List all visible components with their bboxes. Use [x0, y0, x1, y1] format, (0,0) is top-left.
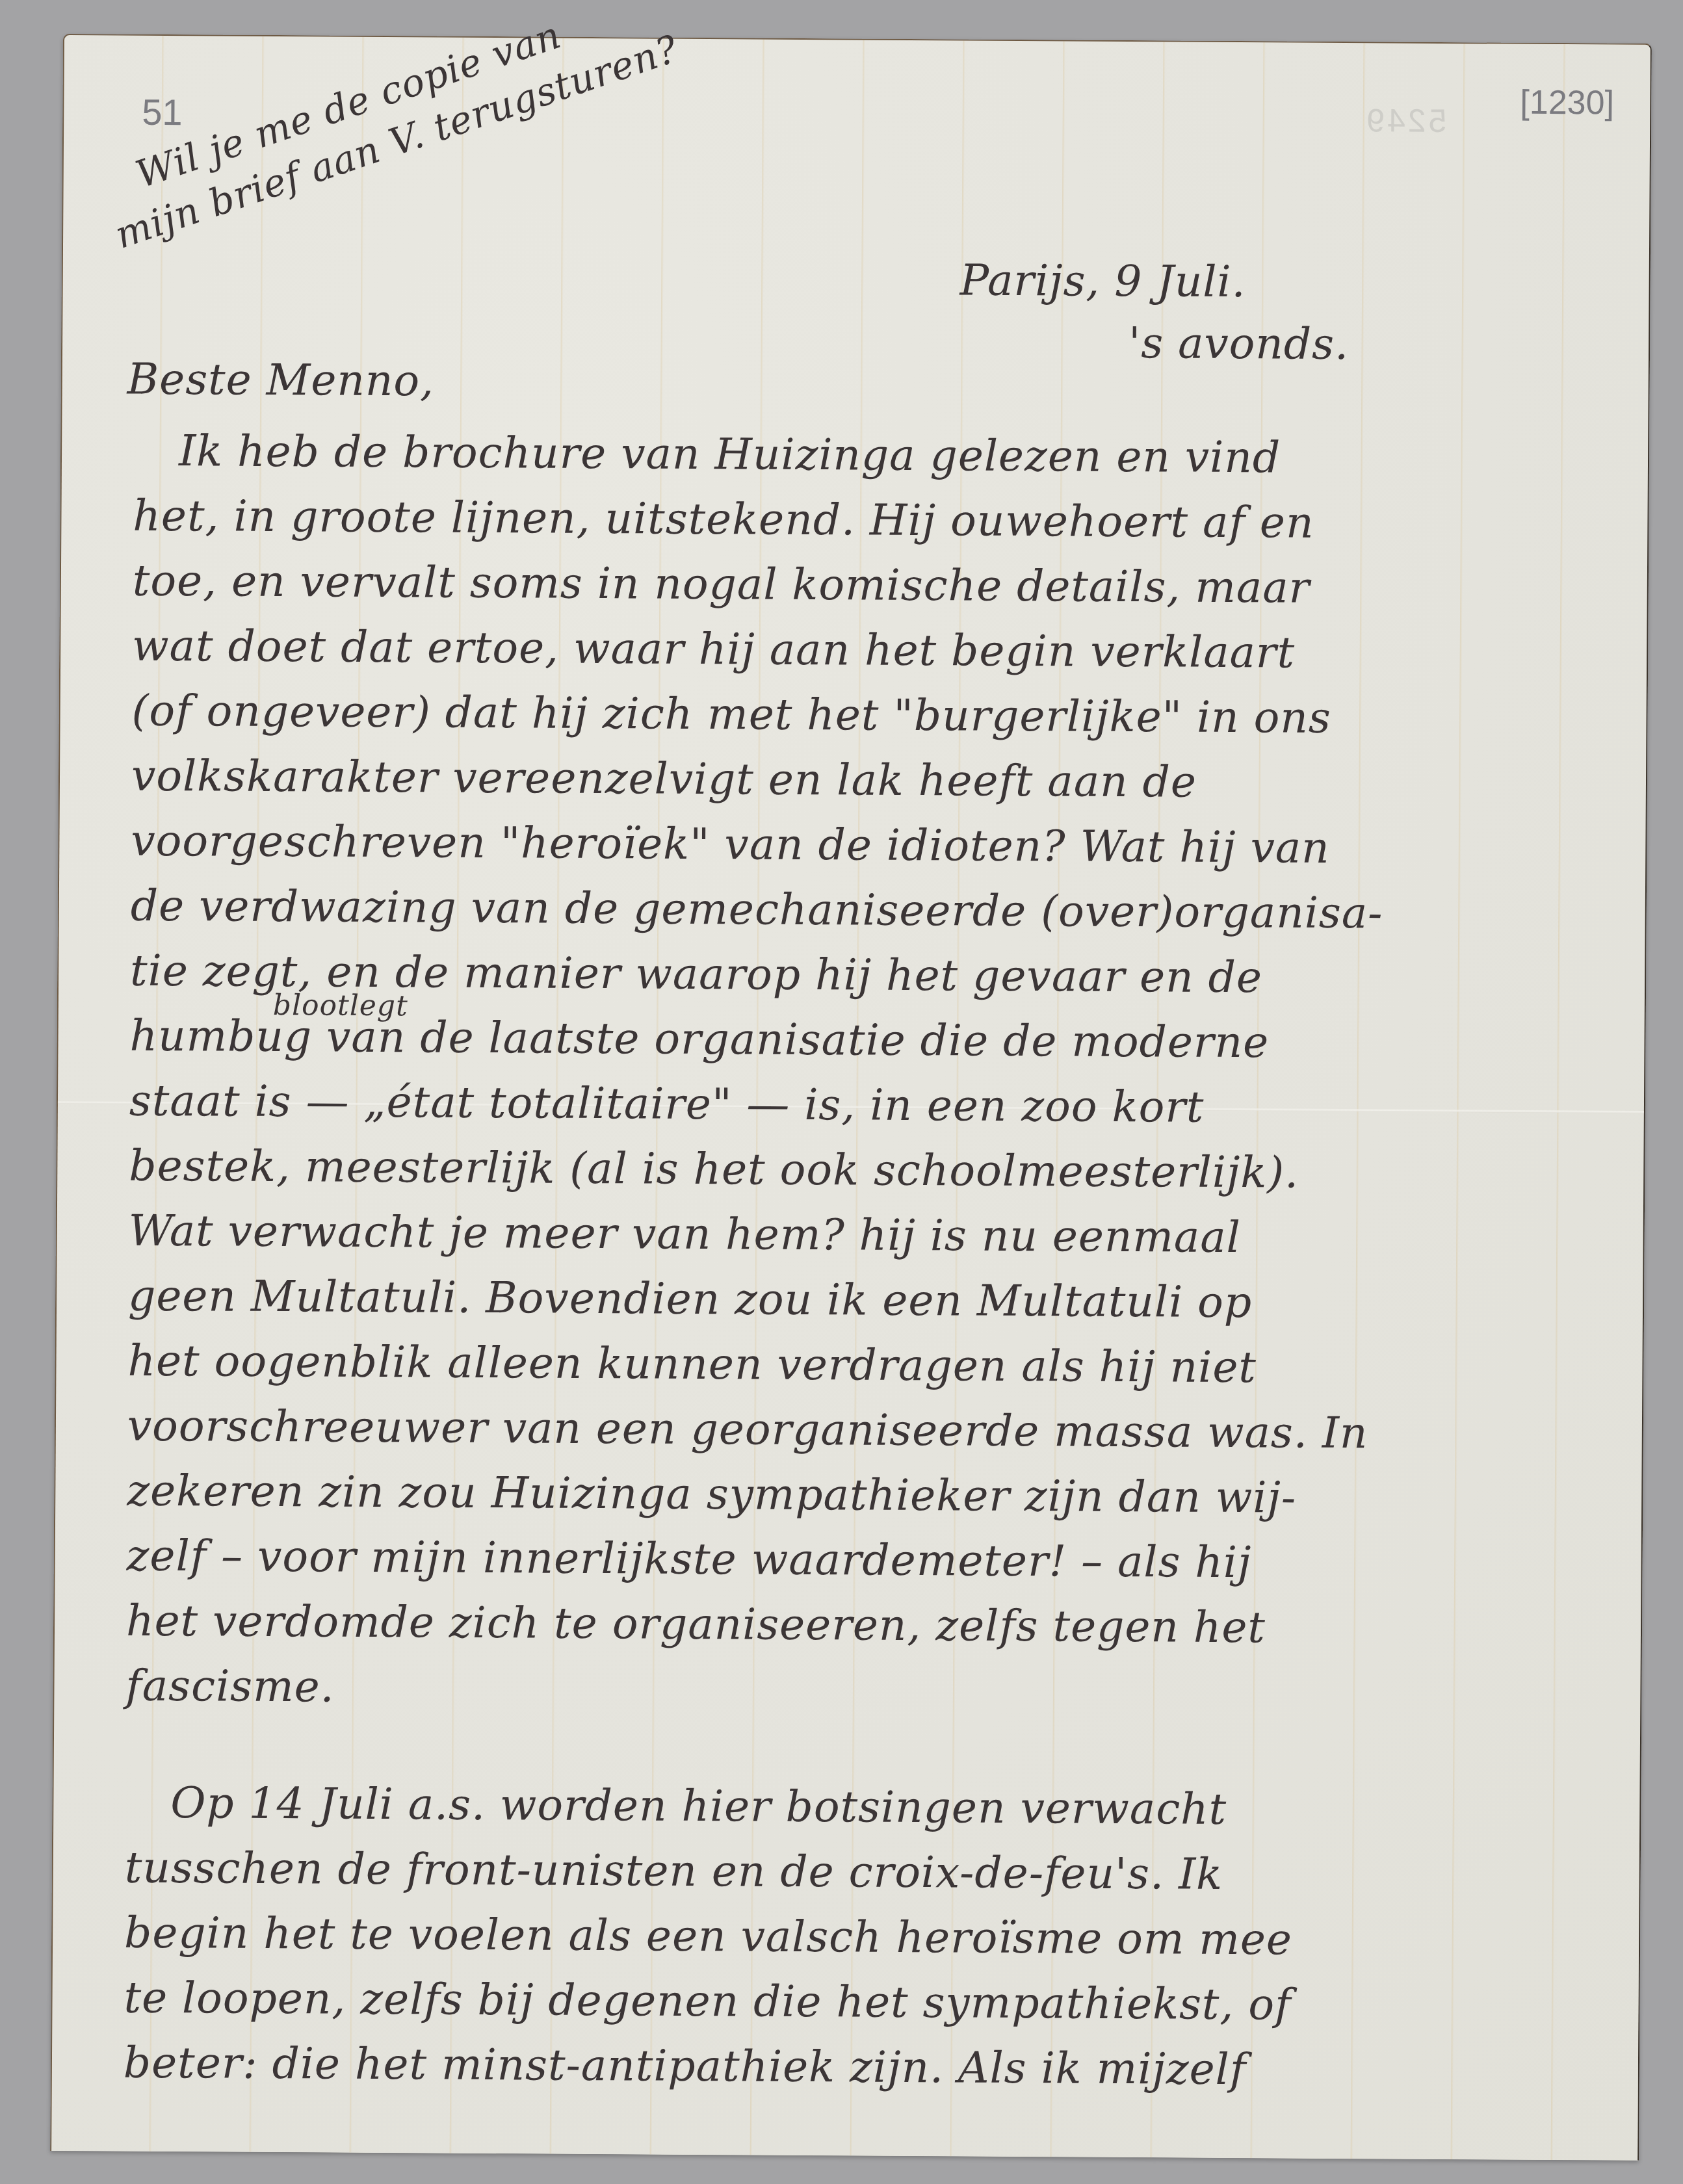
text-line: fascisme.	[125, 1661, 335, 1712]
text-line: het oogenblik alleen kunnen verdragen al…	[127, 1336, 1257, 1393]
place-date: Parijs, 9 Juli.	[959, 255, 1246, 307]
text-line: volkskarakter vereenzelvigt en lak heeft…	[131, 751, 1197, 807]
text-line: Op 14 Juli a.s. worden hier botsingen ve…	[170, 1778, 1227, 1834]
text-line: (of ongeveer) dat hij zich met het "burg…	[131, 686, 1331, 743]
text-line: zelf – voor mijn innerlijkste waardemete…	[126, 1531, 1251, 1588]
salutation: Beste Menno,	[127, 354, 435, 406]
text-line: beter: die het minst-antipathiek zijn. A…	[124, 2038, 1247, 2095]
text-line: tusschen de front-unisten en de croix-de…	[125, 1843, 1223, 1899]
text-line: zekeren zin zou Huizinga sympathieker zi…	[127, 1466, 1296, 1523]
text-line: humbug van de laatste organisatie die de…	[129, 1011, 1269, 1068]
letter-page: 51 [1230] 5249 Wil je me de copie van mi…	[50, 34, 1652, 2161]
text-line: de verdwazing van de gemechaniseerde (ov…	[131, 881, 1383, 939]
text-line: Wat verwacht je meer van hem? hij is nu …	[129, 1206, 1242, 1262]
text-line: te loopen, zelfs bij degenen die het sym…	[124, 1973, 1292, 2030]
folio-number: 51	[142, 91, 183, 133]
paragraph-2: Op 14 Juli a.s. worden hier botsingen ve…	[64, 35, 1650, 45]
text-line: begin het te voelen als een valsch heroï…	[124, 1908, 1292, 1965]
text-line: voorschreeuwer van een georganiseerde ma…	[127, 1401, 1368, 1459]
time-of-day: 's avonds.	[1129, 318, 1349, 369]
text-line: geen Multatuli. Bovendien zou ik een Mul…	[128, 1271, 1253, 1328]
text-line: bestek, meesterlijk (al is het ook schoo…	[129, 1141, 1299, 1198]
text-line: voorgeschreven "heroïek" van de idioten?…	[131, 816, 1330, 873]
text-line: het verdomde zich te organiseeren, zelfs…	[126, 1596, 1266, 1653]
bleedthrough-stamp: 5249	[1364, 101, 1447, 140]
paragraph-1: Ik heb de brochure van Huizinga gelezen …	[64, 35, 1650, 45]
archive-number: [1230]	[1520, 83, 1614, 123]
text-line: toe, en vervalt soms in nogal komische d…	[133, 556, 1311, 613]
text-line: Ik heb de brochure van Huizinga gelezen …	[179, 426, 1281, 482]
text-line: staat is — „état totalitaire" — is, in e…	[129, 1076, 1205, 1132]
text-line: het, in groote lijnen, uitstekend. Hij o…	[133, 491, 1314, 548]
text-line: wat doet dat ertoe, waar hij aan het beg…	[132, 621, 1295, 678]
